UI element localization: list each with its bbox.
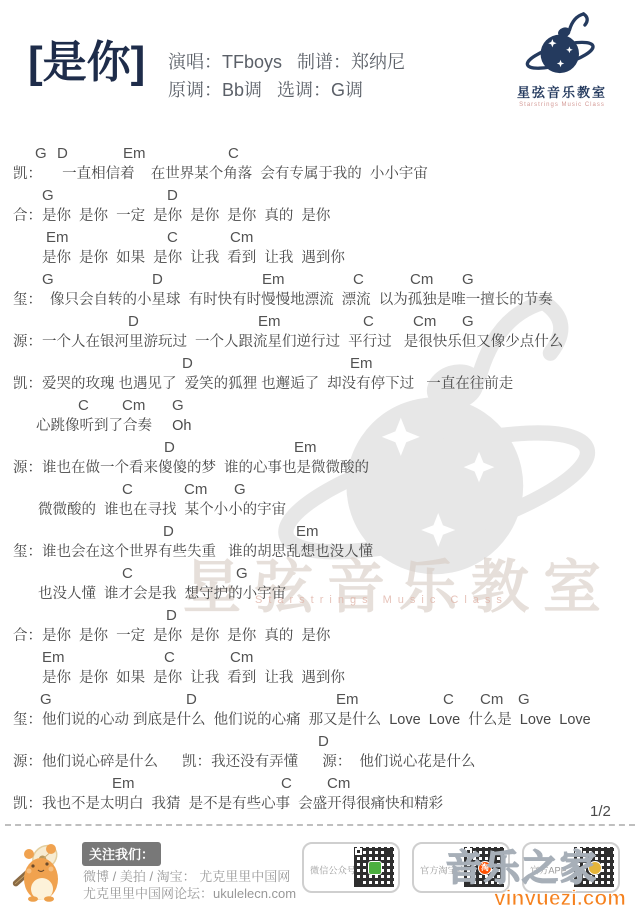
chord-label: G bbox=[172, 397, 184, 414]
chord-label: C bbox=[228, 145, 239, 162]
chord-label: D bbox=[167, 187, 178, 204]
lyric-line: 是你 是你 如果 是你 让我 看到 让我 遇到你 bbox=[42, 666, 345, 687]
lyric-line: 凯： 一直相信着 在世界某个角落 会有专属于我的 小小宇宙 bbox=[13, 162, 428, 183]
lyric-line: 也没人懂 谁才会是我 想守护的小宇宙 bbox=[38, 582, 286, 603]
sheet-line: GDEmCCmG玺： 像只会自转的小星球 有时快有时慢慢地漂流 漂流 以为孤独是… bbox=[0, 271, 640, 311]
forum-url-line: 尤克里里中国网论坛：ukulelecn.com bbox=[83, 883, 296, 902]
sheet-line: CCmG微微酸的 谁也在寻找 某个小小的宇宙 bbox=[0, 481, 640, 521]
lyric-line: 玺：他们说的心动 到底是什么 他们说的心痛 那又是什么 Love Love 什么… bbox=[13, 708, 591, 729]
chord-label: D bbox=[182, 355, 193, 372]
sheet-line: CG也没人懂 谁才会是我 想守护的小宇宙 bbox=[0, 565, 640, 605]
sheet-line: DEmCCmG源：一个人在银河里游玩过 一个人跟流星们逆行过 平行过 是很快乐但… bbox=[0, 313, 640, 353]
chord-label: C bbox=[78, 397, 89, 414]
hamster-ukulele-mascot-icon bbox=[10, 836, 76, 902]
chord-label: Cm bbox=[122, 397, 145, 414]
chord-label: D bbox=[163, 523, 174, 540]
qr-label: 官方APP bbox=[530, 863, 567, 877]
lyric-line: 合：是你 是你 一定 是你 是你 是你 真的 是你 bbox=[13, 624, 330, 645]
qr-card: 官方APP bbox=[522, 842, 620, 893]
chord-label: Cm bbox=[480, 691, 503, 708]
chord-label: C bbox=[164, 649, 175, 666]
chord-label: G bbox=[234, 481, 246, 498]
lyric-line: 源：谁也在做一个看来傻傻的梦 谁的心事也是微微酸的 bbox=[13, 456, 369, 477]
lyric-line: 凯：我也不是太明白 我猜 是不是有些心事 会盛开得很痛快和精彩 bbox=[13, 792, 443, 813]
chord-sheet: GDEmC凯： 一直相信着 在世界某个角落 会有专属于我的 小小宇宙GD合：是你… bbox=[0, 0, 640, 830]
sheet-line: EmCCm是你 是你 如果 是你 让我 看到 让我 遇到你 bbox=[0, 229, 640, 269]
page-indicator: 1/2 bbox=[590, 803, 611, 820]
chord-label: C bbox=[167, 229, 178, 246]
chord-label: G bbox=[462, 313, 474, 330]
lyric-line: 源：一个人在银河里游玩过 一个人跟流星们逆行过 平行过 是很快乐但又像少点什么 bbox=[13, 330, 563, 351]
chord-label: C bbox=[353, 271, 364, 288]
chord-label: C bbox=[122, 481, 133, 498]
lyric-line: 凯：爱哭的玫瑰 也遇见了 爱笑的狐狸 也邂逅了 却没有停下过 一直在往前走 bbox=[13, 372, 513, 393]
chord-label: D bbox=[186, 691, 197, 708]
chord-label: Cm bbox=[413, 313, 436, 330]
qr-center-logo-icon bbox=[368, 861, 382, 875]
qr-code-icon bbox=[574, 847, 614, 887]
lyric-line: 合：是你 是你 一定 是你 是你 是你 真的 是你 bbox=[13, 204, 330, 225]
lyric-line: 玺： 像只会自转的小星球 有时快有时慢慢地漂流 漂流 以为孤独是唯一擅长的节奏 bbox=[13, 288, 553, 309]
chord-label: C bbox=[443, 691, 454, 708]
chord-label: Em bbox=[296, 523, 319, 540]
sheet-line: GDEmC凯： 一直相信着 在世界某个角落 会有专属于我的 小小宇宙 bbox=[0, 145, 640, 185]
chord-label: G bbox=[236, 565, 248, 582]
qr-label: 官方淘宝店 bbox=[420, 863, 466, 877]
chord-label: Em bbox=[42, 649, 65, 666]
chord-label: C bbox=[363, 313, 374, 330]
chord-label: Cm bbox=[230, 229, 253, 246]
chord-label: Cm bbox=[410, 271, 433, 288]
sheet-line: EmCCm凯：我也不是太明白 我猜 是不是有些心事 会盛开得很痛快和精彩 bbox=[0, 775, 640, 815]
chord-label: C bbox=[281, 775, 292, 792]
chord-label: G bbox=[42, 187, 54, 204]
sheet-line: GDEmCCmG玺：他们说的心动 到底是什么 他们说的心痛 那又是什么 Love… bbox=[0, 691, 640, 731]
qr-label: 微信公众号 bbox=[310, 863, 356, 877]
footer: 关注我们： 微博 / 美拍 / 淘宝： 尤克里里中国网 尤克里里中国网论坛：uk… bbox=[0, 830, 640, 905]
chord-label: Em bbox=[258, 313, 281, 330]
chord-label: C bbox=[122, 565, 133, 582]
chord-label: G bbox=[462, 271, 474, 288]
chord-label: Cm bbox=[230, 649, 253, 666]
lyric-line: 玺：谁也会在这个世界有些失重 谁的胡思乱想也没人懂 bbox=[13, 540, 373, 561]
lyric-line: 微微酸的 谁也在寻找 某个小小的宇宙 bbox=[38, 498, 286, 519]
chord-label: D bbox=[164, 439, 175, 456]
chord-label: D bbox=[166, 607, 177, 624]
chord-label: Em bbox=[294, 439, 317, 456]
dashed-divider bbox=[5, 824, 635, 826]
chord-label: Em bbox=[350, 355, 373, 372]
chord-label: Em bbox=[46, 229, 69, 246]
qr-center-logo-icon: 淘 bbox=[478, 861, 492, 875]
sheet-line: DEm源：谁也在做一个看来傻傻的梦 谁的心事也是微微酸的 bbox=[0, 439, 640, 479]
lyric-line: 心跳像听到了合奏 Oh bbox=[36, 414, 192, 435]
qr-code-icon bbox=[354, 847, 394, 887]
qr-center-logo-icon bbox=[588, 861, 602, 875]
sheet-line: DEm玺：谁也会在这个世界有些失重 谁的胡思乱想也没人懂 bbox=[0, 523, 640, 563]
chord-label: Em bbox=[123, 145, 146, 162]
chord-label: Em bbox=[336, 691, 359, 708]
chord-label: D bbox=[318, 733, 329, 750]
chord-label: D bbox=[57, 145, 68, 162]
sheet-line: GD合：是你 是你 一定 是你 是你 是你 真的 是你 bbox=[0, 187, 640, 227]
chord-label: D bbox=[128, 313, 139, 330]
song-sheet-page: 星弦音乐教室 Starstrings Music Class [是你] 演唱：T… bbox=[0, 0, 640, 905]
chord-label: D bbox=[152, 271, 163, 288]
follow-us-badge: 关注我们： bbox=[82, 842, 161, 866]
sheet-line: EmCCm是你 是你 如果 是你 让我 看到 让我 遇到你 bbox=[0, 649, 640, 689]
sheet-line: CCmG心跳像听到了合奏 Oh bbox=[0, 397, 640, 437]
chord-label: G bbox=[42, 271, 54, 288]
lyric-line: 是你 是你 如果 是你 让我 看到 让我 遇到你 bbox=[42, 246, 345, 267]
qr-card: 微信公众号 bbox=[302, 842, 400, 893]
sheet-line: DEm凯：爱哭的玫瑰 也遇见了 爱笑的狐狸 也邂逅了 却没有停下过 一直在往前走 bbox=[0, 355, 640, 395]
chord-label: G bbox=[40, 691, 52, 708]
qr-card: 官方淘宝店淘 bbox=[412, 842, 510, 893]
chord-label: Em bbox=[262, 271, 285, 288]
qr-code-icon: 淘 bbox=[464, 847, 504, 887]
chord-label: Cm bbox=[327, 775, 350, 792]
chord-label: G bbox=[35, 145, 47, 162]
chord-label: Em bbox=[112, 775, 135, 792]
chord-label: Cm bbox=[184, 481, 207, 498]
chord-label: G bbox=[518, 691, 530, 708]
sheet-line: D源：他们说心碎是什么 凯：我还没有弄懂 源： 他们说心花是什么 bbox=[0, 733, 640, 773]
sheet-line: D合：是你 是你 一定 是你 是你 是你 真的 是你 bbox=[0, 607, 640, 647]
lyric-line: 源：他们说心碎是什么 凯：我还没有弄懂 源： 他们说心花是什么 bbox=[13, 750, 475, 771]
